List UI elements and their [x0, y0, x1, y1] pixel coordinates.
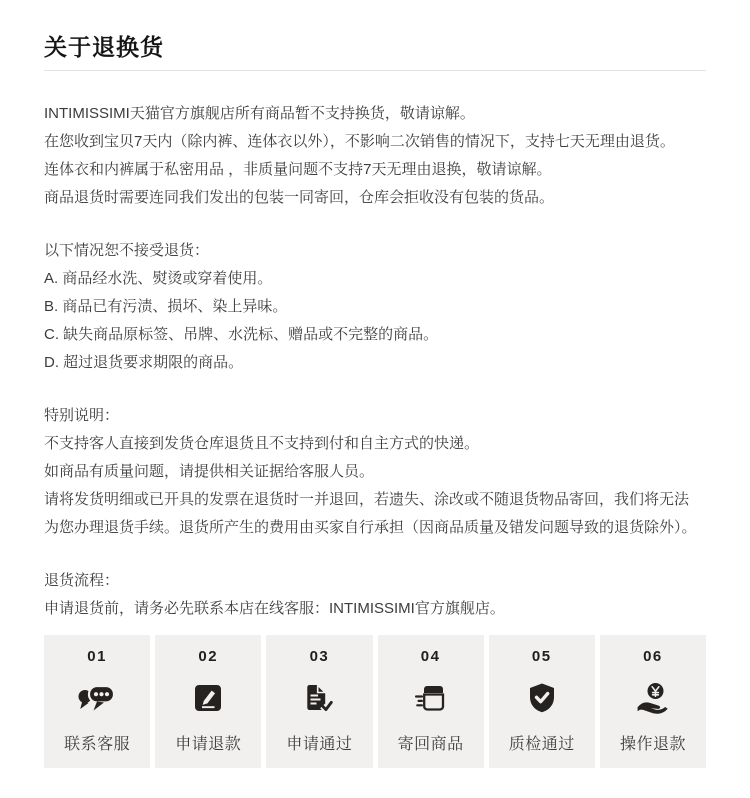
rejection-item: D. 超过退货要求期限的商品。 [44, 349, 706, 377]
rejection-item: B. 商品已有污渍、损坏、染上异味。 [44, 293, 706, 321]
step-label: 联系客服 [64, 731, 130, 754]
policy-line: 在您收到宝贝7天内（除内裤、连体衣以外），不影响二次销售的情况下，支持七天无理由… [44, 128, 706, 156]
policy-line: 连体衣和内裤属于私密用品 ，非质量问题不支持7天无理由退换，敬请谅解。 [44, 156, 706, 184]
edit-pencil-icon [193, 679, 223, 717]
policy-line: 如商品有质量问题，请提供相关证据给客服人员。 [44, 458, 706, 486]
refund-hand-coin-icon [635, 679, 671, 717]
step-number: 01 [87, 648, 107, 665]
shield-check-icon [527, 679, 557, 717]
special-notes-heading: 特别说明： [44, 402, 706, 430]
step-number: 04 [421, 648, 441, 665]
step-quality-check-passed: 05 质检通过 [489, 635, 595, 768]
policy-line: 不支持客人直接到发货仓库退货且不支持到付和自主方式的快递。 [44, 430, 706, 458]
step-process-refund: 06 操作退款 [600, 635, 706, 768]
process-line: 申请退货前，请务必先联系本店在线客服：INTIMISSIMI官方旗舰店。 [44, 595, 706, 623]
shipping-box-icon [413, 679, 449, 717]
rejection-rules: 以下情况恕不接受退货： A. 商品经水洗、熨烫或穿着使用。 B. 商品已有污渍、… [44, 237, 706, 377]
rejection-heading: 以下情况恕不接受退货： [44, 237, 706, 265]
step-number: 02 [198, 648, 218, 665]
document-check-icon [303, 679, 335, 717]
step-application-approved: 03 申请通过 [266, 635, 372, 768]
step-number: 06 [643, 648, 663, 665]
policy-line: 商品退货时需要连同我们发出的包装一同寄回，仓库会拒收没有包装的货品。 [44, 184, 706, 212]
step-ship-back: 04 寄回商品 [378, 635, 484, 768]
step-contact-service: 01 联系客服 [44, 635, 150, 768]
step-label: 申请通过 [286, 731, 352, 754]
chat-bubbles-icon [77, 679, 117, 717]
intro-paragraphs: INTIMISSIMI天猫官方旗舰店所有商品暂不支持换货，敬请谅解。 在您收到宝… [44, 100, 706, 212]
process-heading: 退货流程： [44, 567, 706, 595]
policy-line: 请将发货明细或已开具的发票在退货时一并退回，若遗失、涂改或不随退货物品寄回，我们… [44, 486, 706, 514]
special-notes: 特别说明： 不支持客人直接到发货仓库退货且不支持到付和自主方式的快递。 如商品有… [44, 402, 706, 542]
policy-line: 为您办理退货手续。退货所产生的费用由买家自行承担（因商品质量及错发问题导致的退货… [44, 514, 706, 542]
title-divider [44, 70, 706, 71]
rejection-item: A. 商品经水洗、熨烫或穿着使用。 [44, 265, 706, 293]
return-process: 退货流程： 申请退货前，请务必先联系本店在线客服：INTIMISSIMI官方旗舰… [44, 567, 706, 623]
step-label: 操作退款 [620, 731, 686, 754]
step-label: 寄回商品 [398, 731, 464, 754]
return-steps-bar: 01 联系客服 [44, 635, 706, 768]
policy-line: INTIMISSIMI天猫官方旗舰店所有商品暂不支持换货，敬请谅解。 [44, 100, 706, 128]
page-title: 关于退换货 [44, 0, 706, 61]
step-label: 申请退款 [175, 731, 241, 754]
step-number: 03 [310, 648, 330, 665]
step-apply-refund: 02 申请退款 [155, 635, 261, 768]
return-policy-section: 关于退换货 INTIMISSIMI天猫官方旗舰店所有商品暂不支持换货，敬请谅解。… [44, 0, 706, 768]
rejection-item: C. 缺失商品原标签、吊牌、水洗标、赠品或不完整的商品。 [44, 321, 706, 349]
step-label: 质检通过 [509, 731, 575, 754]
step-number: 05 [532, 648, 552, 665]
